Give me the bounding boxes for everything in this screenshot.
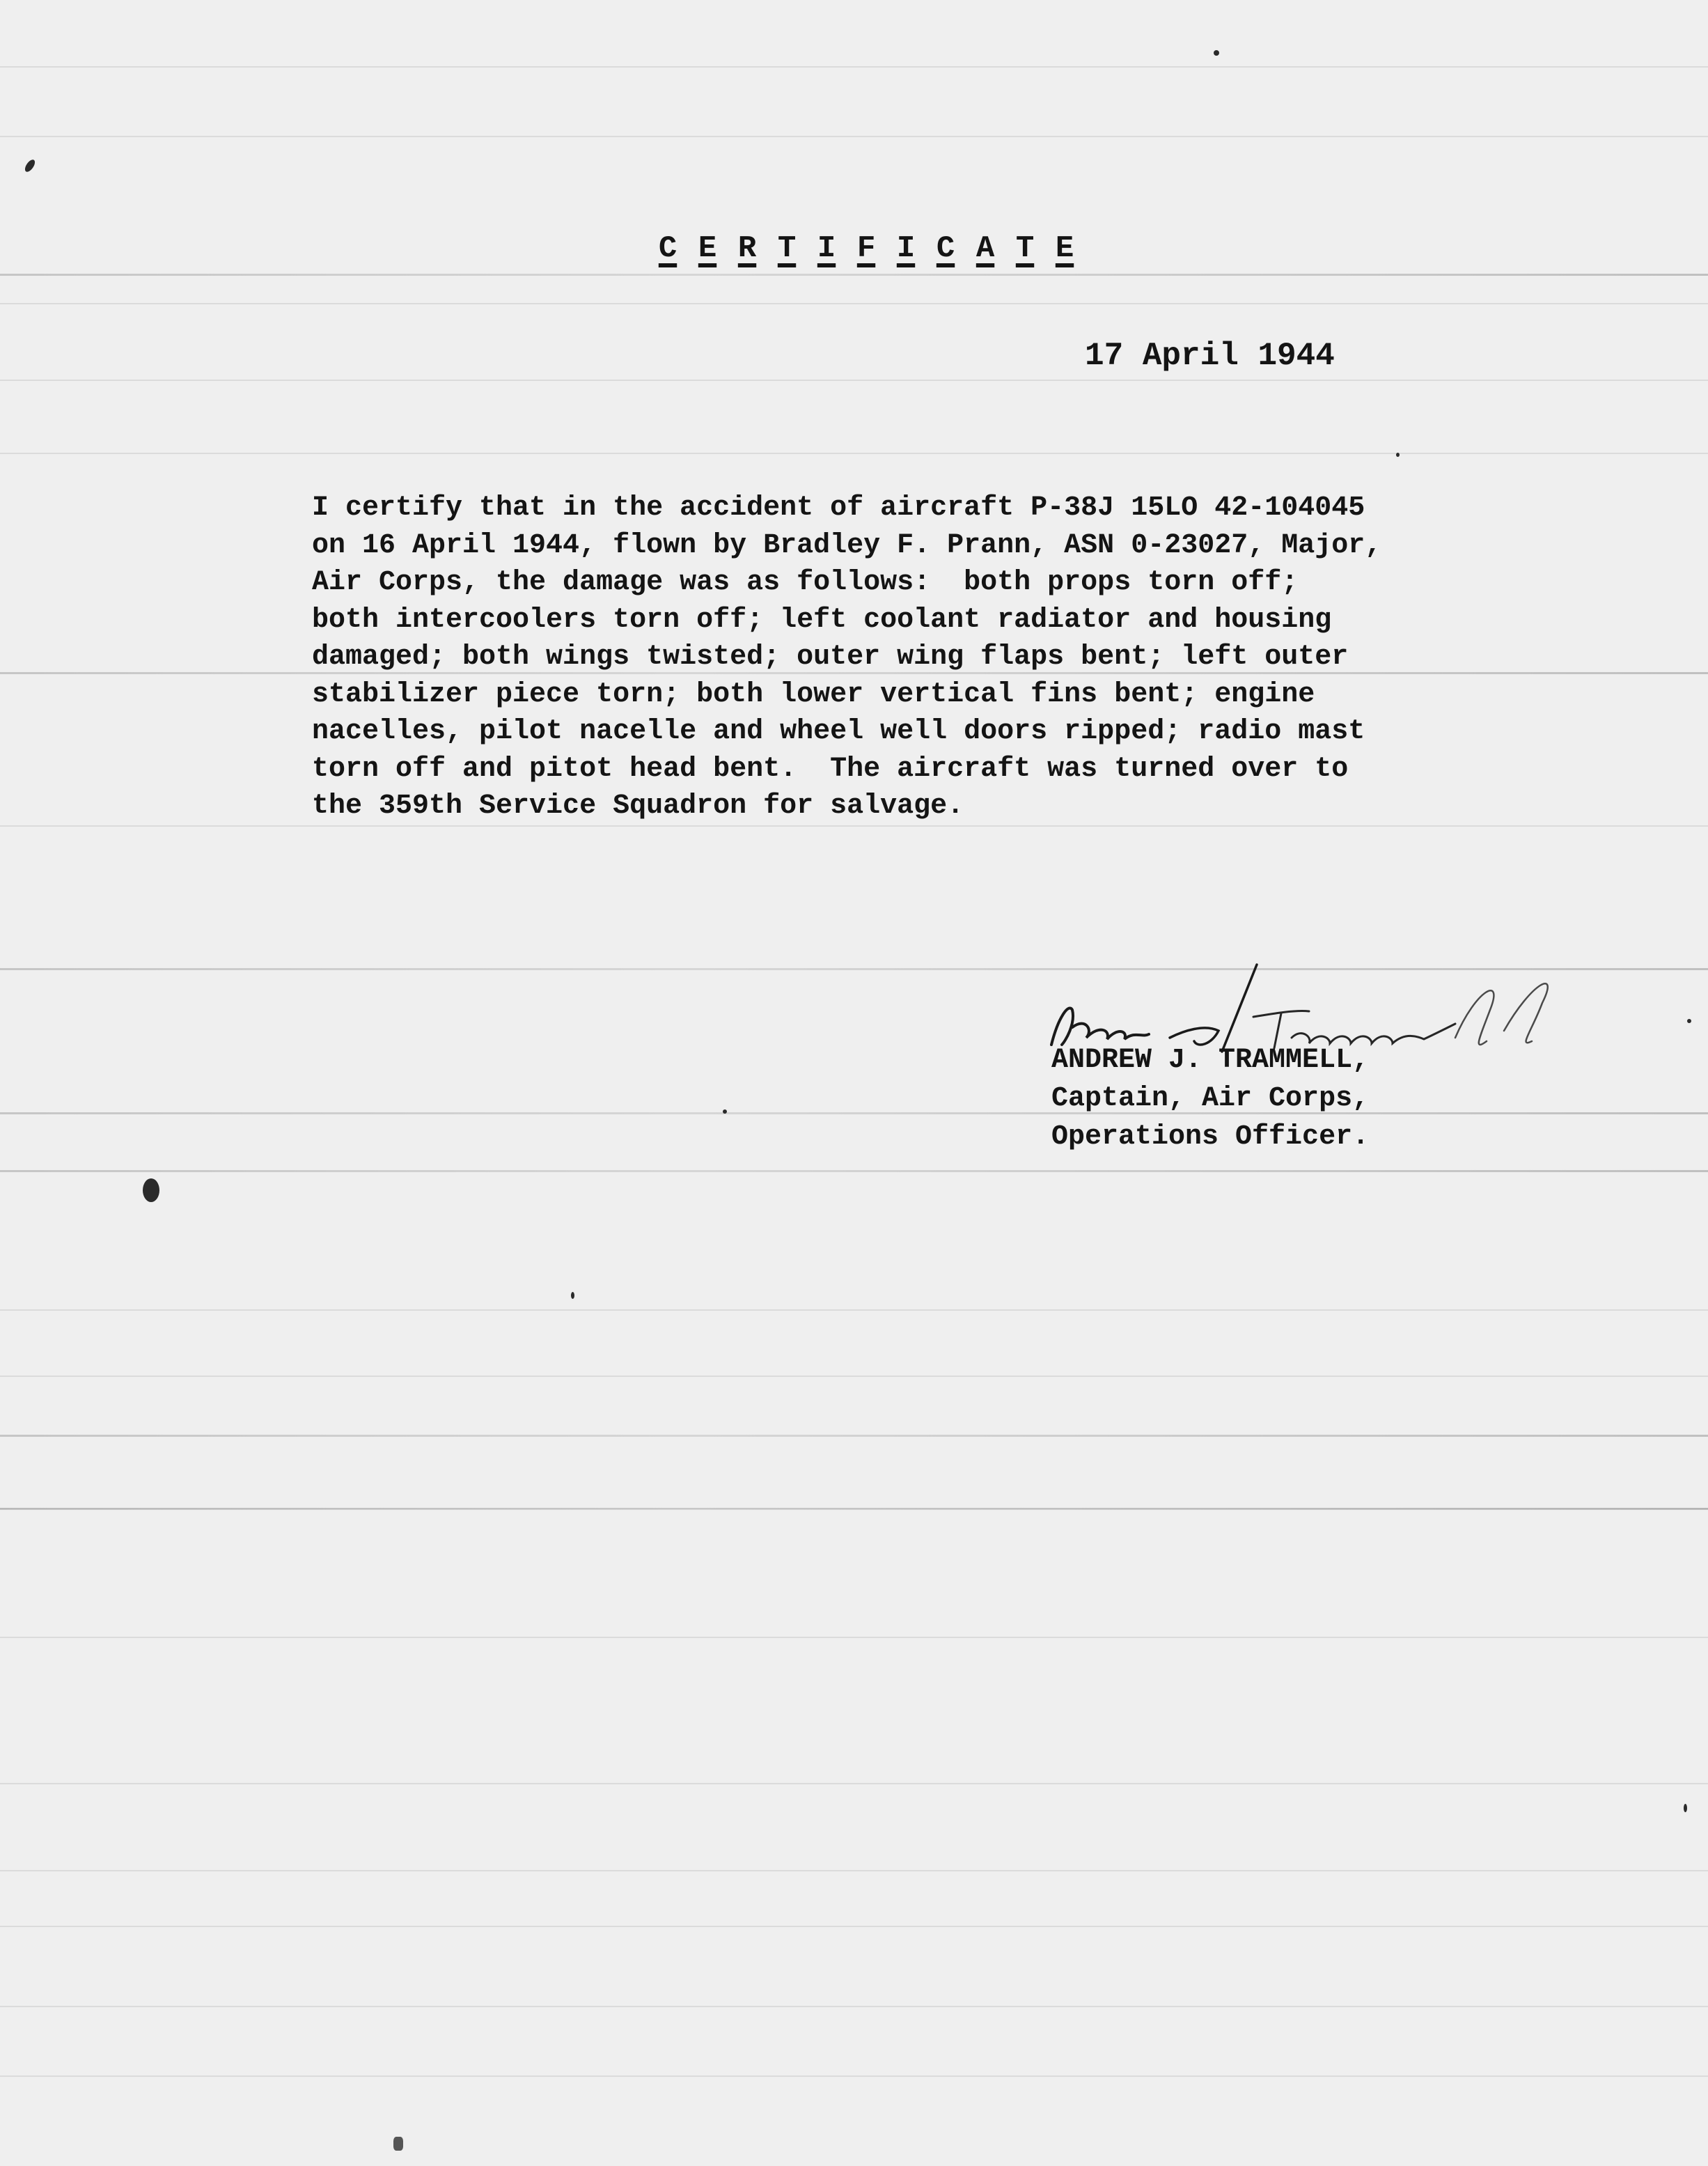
signature-block: ANDREW J. TRAMMELL, Captain, Air Corps, … <box>1051 1041 1369 1156</box>
paper-rule <box>0 2075 1708 2077</box>
title-letter: R <box>738 231 778 266</box>
title-letter: A <box>976 231 1016 266</box>
ink-speck <box>571 1292 574 1299</box>
paper-rule <box>0 1508 1708 1510</box>
paper-rule <box>0 380 1708 381</box>
paper-rule <box>0 1309 1708 1311</box>
paper-rule <box>0 1170 1708 1172</box>
paper-rule <box>0 2006 1708 2007</box>
document-title: CERTIFICATE <box>622 196 1095 266</box>
ink-speck <box>1687 1019 1691 1023</box>
paper-rule <box>0 1783 1708 1784</box>
title-letter: T <box>778 231 817 266</box>
paper-rule <box>0 1112 1708 1114</box>
title-letter: I <box>897 231 937 266</box>
paper-rule <box>0 1870 1708 1871</box>
signatory-name: ANDREW J. TRAMMELL, <box>1051 1041 1369 1080</box>
title-letter: I <box>817 231 857 266</box>
ink-speck <box>723 1109 727 1114</box>
paper-rule <box>0 66 1708 68</box>
signatory-rank: Captain, Air Corps, <box>1051 1080 1369 1118</box>
document-date: 17 April 1944 <box>1085 338 1335 374</box>
body-line: on 16 April 1944, flown by Bradley F. Pr… <box>312 527 1565 565</box>
body-line: both intercoolers torn off; left coolant… <box>312 602 1565 639</box>
body-line: Air Corps, the damage was as follows: bo… <box>312 564 1565 602</box>
ink-speck <box>1214 50 1219 56</box>
paper-rule <box>0 1376 1708 1377</box>
body-line: the 359th Service Squadron for salvage. <box>312 788 1565 825</box>
ink-speck <box>143 1178 159 1202</box>
body-line: nacelles, pilot nacelle and wheel well d… <box>312 713 1565 751</box>
body-line: torn off and pitot head bent. The aircra… <box>312 751 1565 788</box>
ink-speck <box>1396 453 1400 457</box>
paper-rule <box>0 303 1708 304</box>
body-line: stabilizer piece torn; both lower vertic… <box>312 676 1565 714</box>
paper-rule <box>0 274 1708 276</box>
title-letter: C <box>937 231 976 266</box>
ink-speck <box>1684 1804 1687 1812</box>
ink-speck <box>393 2137 403 2151</box>
title-letter: C <box>659 231 698 266</box>
paper-rule <box>0 453 1708 454</box>
certification-paragraph: I certify that in the accident of aircra… <box>312 490 1565 825</box>
paper-rule <box>0 825 1708 827</box>
title-letter: E <box>1056 231 1095 266</box>
paper-rule <box>0 1637 1708 1638</box>
paper-rule <box>0 1435 1708 1437</box>
signatory-position: Operations Officer. <box>1051 1118 1369 1156</box>
body-line: I certify that in the accident of aircra… <box>312 490 1565 527</box>
paper-rule <box>0 1926 1708 1927</box>
title-letter: T <box>1016 231 1056 266</box>
title-letter: F <box>857 231 897 266</box>
paper-rule <box>0 136 1708 137</box>
title-letter: E <box>698 231 738 266</box>
body-line: damaged; both wings twisted; outer wing … <box>312 639 1565 676</box>
ink-speck <box>23 158 37 173</box>
